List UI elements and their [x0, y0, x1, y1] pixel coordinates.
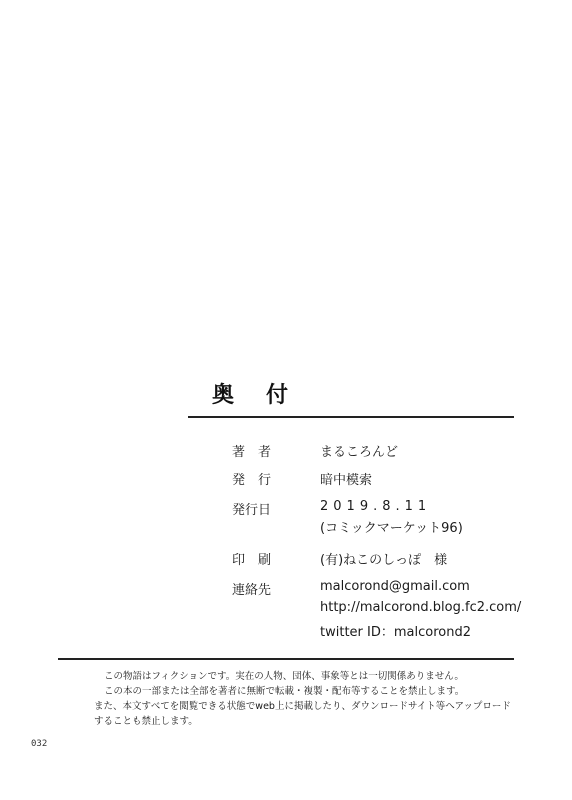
entry-label: 発 行 [232, 469, 271, 488]
contact-twitter: twitter ID：malcorond2 [320, 621, 471, 640]
colophon-title: 奥付 [212, 378, 288, 409]
contact-email: malcorond@gmail.com [320, 579, 470, 594]
notice-line: することも禁止します。 [94, 714, 198, 729]
page-number: 032 [31, 739, 47, 749]
entry-label: 発行日 [232, 499, 271, 518]
notice-line: この物語はフィクションです。実在の人物、団体、事象等とは一切関係ありません。 [104, 669, 464, 684]
title-char-1: 奥 [212, 378, 234, 409]
title-char-2: 付 [266, 378, 288, 409]
entry-value-date: 2019.8.11 [320, 499, 431, 514]
entry-value-event: (コミックマーケット96) [320, 517, 463, 536]
entry-label: 連絡先 [232, 579, 271, 598]
entry-value: 暗中模索 [320, 469, 372, 488]
entry-label: 印 刷 [232, 549, 271, 568]
entry-label: 著 者 [232, 441, 271, 460]
title-divider [188, 416, 514, 418]
notice-divider [58, 658, 514, 660]
entry-value: (有)ねこのしっぽ 様 [320, 549, 447, 568]
entry-value: まるころんど [320, 441, 398, 460]
notice-line: また、本文すべてを閲覧できる状態でweb上に掲載したり、ダウンロードサイト等へア… [94, 699, 511, 714]
contact-url: http://malcorond.blog.fc2.com/ [320, 600, 521, 615]
notice-line: この本の一部または全部を著者に無断で転載・複製・配布等することを禁止します。 [104, 684, 464, 699]
